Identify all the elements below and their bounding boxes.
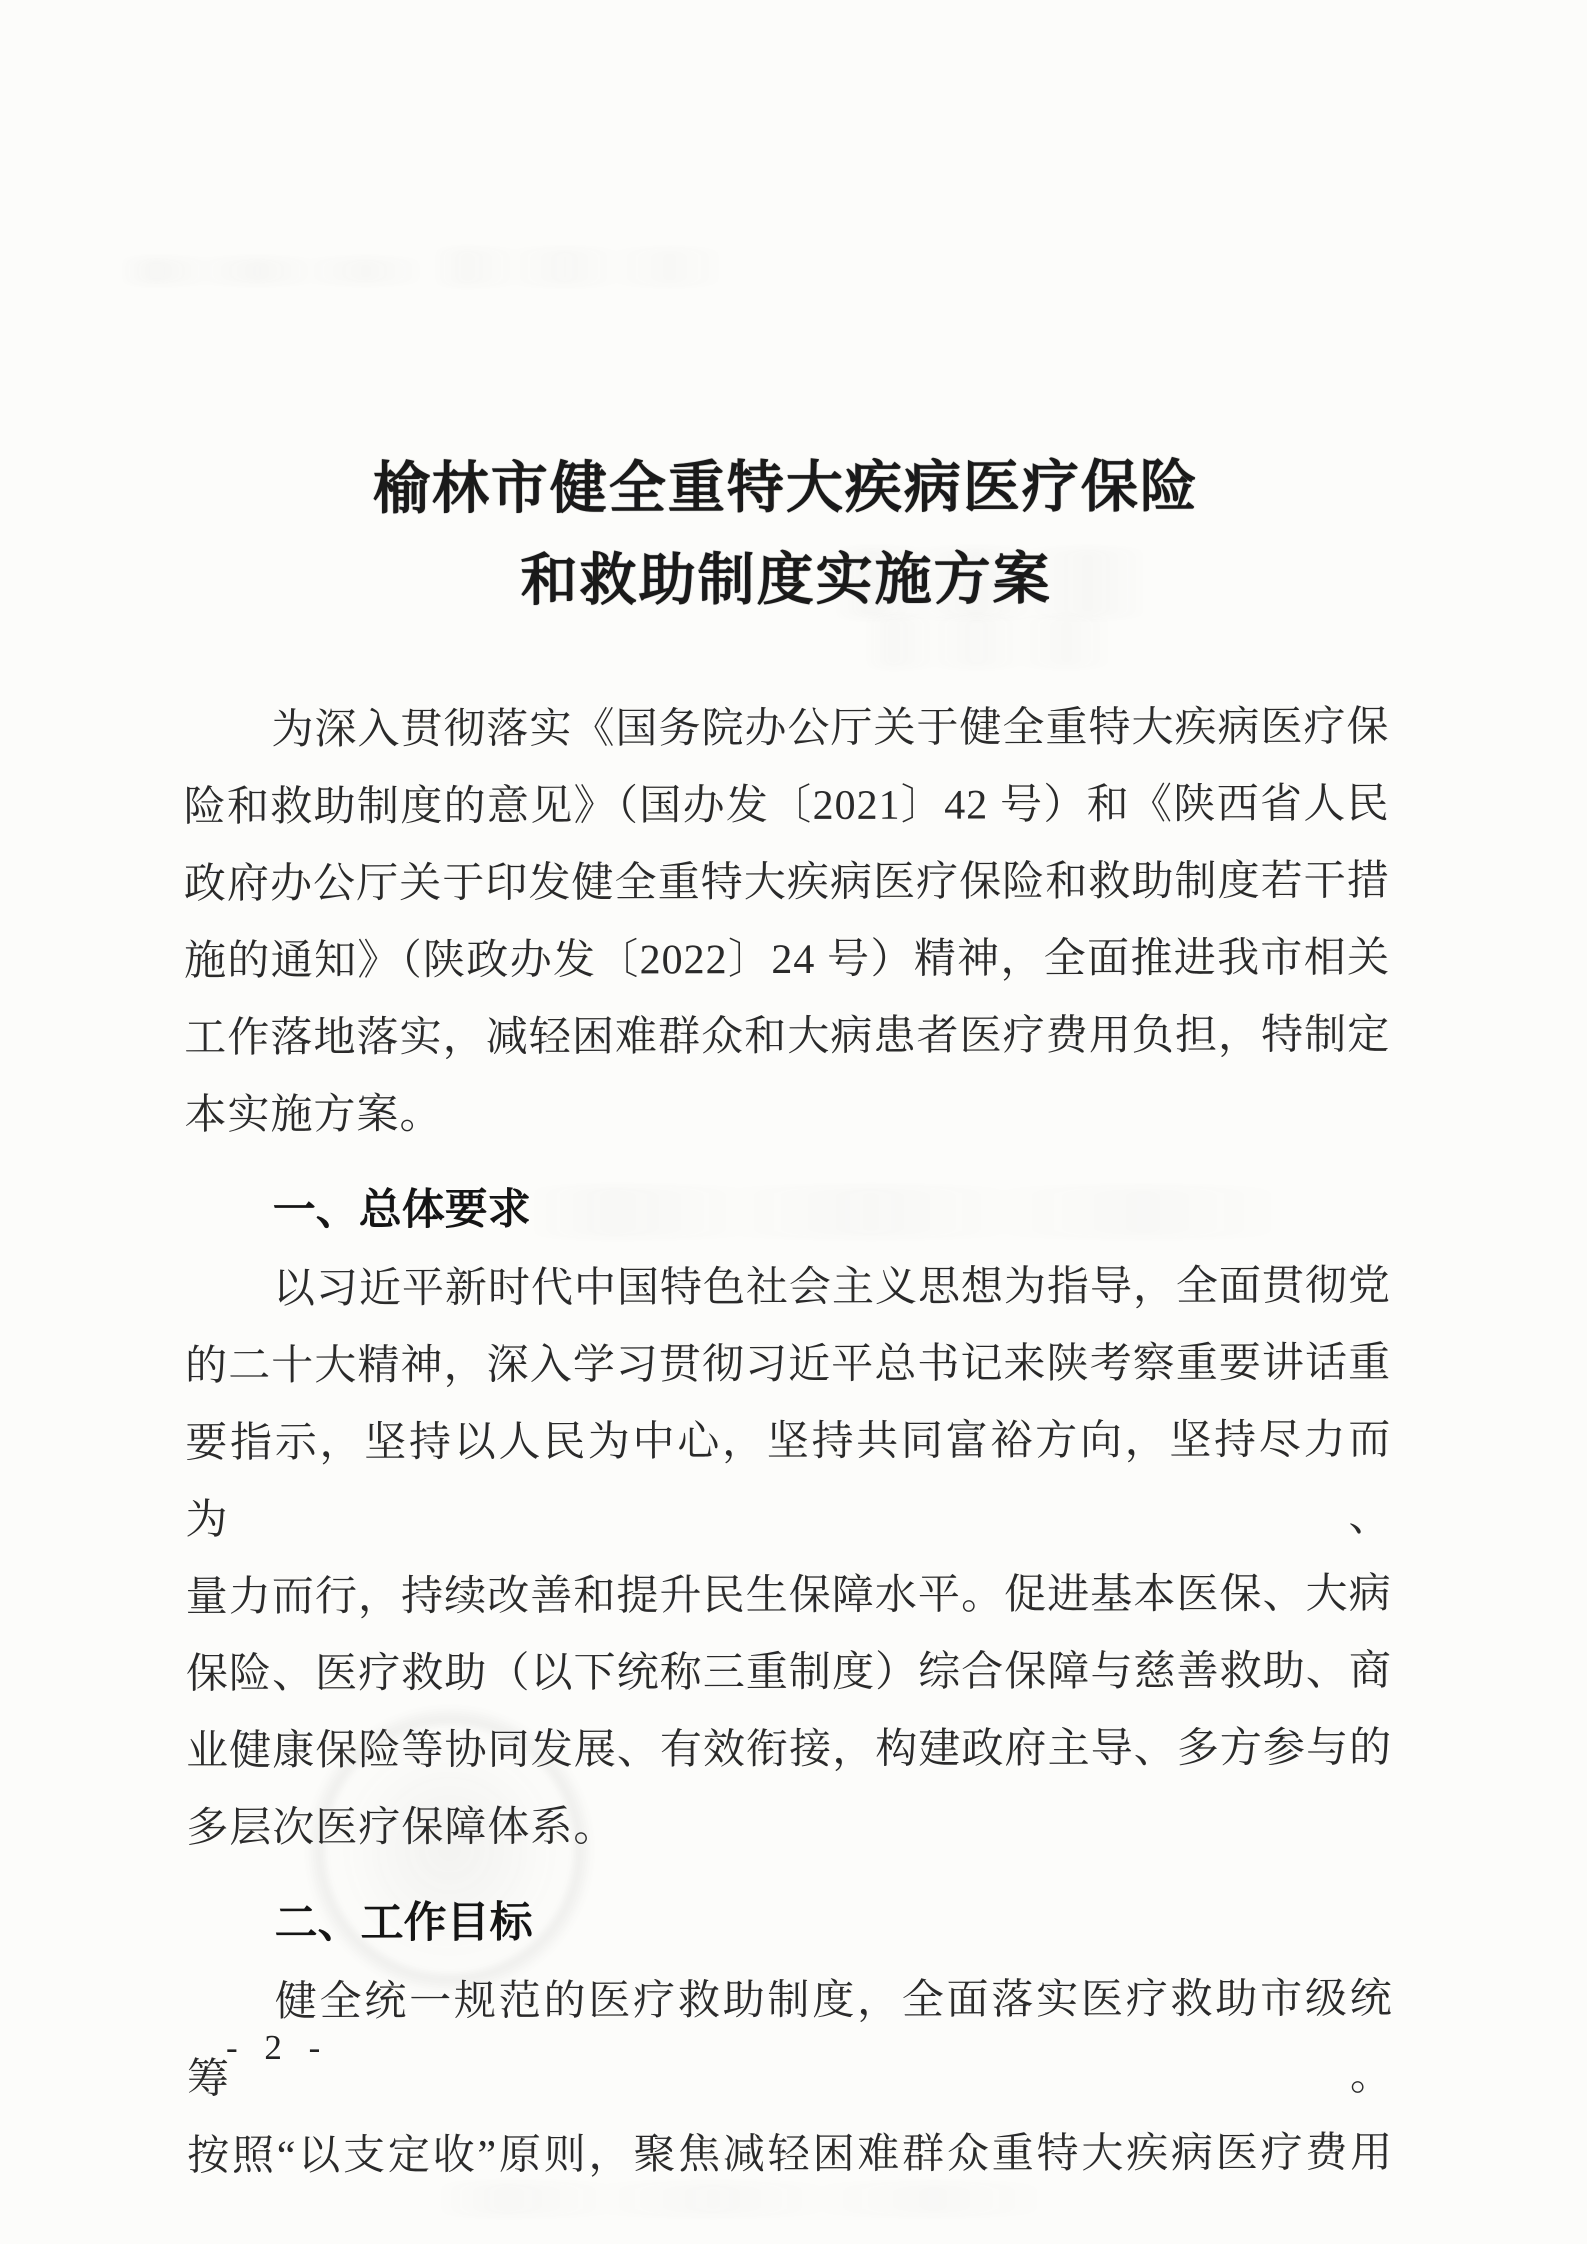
document-page: 榆林市健全重特大疾病医疗保险 和救助制度实施方案 为深入贯彻落实《国务院办公厅关… bbox=[0, 0, 1587, 2244]
text-line: 量力而行，持续改善和提升民生保障水平。促进基本医保、大病 bbox=[186, 1556, 1392, 1636]
text-line: 为深入贯彻落实《国务院办公厅关于健全重特大疾病医疗保 bbox=[183, 689, 1389, 769]
paragraph: 以习近平新时代中国特色社会主义思想为指导，全面贯彻党的二十大精神，深入学习贯彻习… bbox=[185, 1248, 1393, 1867]
text-line: 的二十大精神，深入学习贯彻习近平总书记来陕考察重要讲话重 bbox=[185, 1325, 1391, 1405]
text-line: 多层次医疗保障体系。 bbox=[186, 1787, 1392, 1867]
text-line: 施的通知》（陕政办发〔2022〕24 号）精神，全面推进我市相关 bbox=[184, 920, 1390, 1000]
text-line: 工作落地落实，减轻困难群众和大病患者医疗费用负担，特制定 bbox=[184, 997, 1390, 1077]
scan-artifact bbox=[430, 248, 730, 286]
section-heading: 一、总体要求 bbox=[185, 1169, 1391, 1249]
text-line: 按照“以支定收”原则，聚焦减轻困难群众重特大疾病医疗费用 bbox=[187, 2115, 1393, 2195]
text-line: 险和救助制度的意见》（国办发〔2021〕42 号）和《陕西省人民 bbox=[184, 766, 1390, 846]
text-line: 要指示，坚持以人民为中心，坚持共同富裕方向，坚持尽力而为、 bbox=[185, 1402, 1391, 1559]
document-content: 榆林市健全重特大疾病医疗保险 和救助制度实施方案 为深入贯彻落实《国务院办公厅关… bbox=[183, 441, 1394, 2195]
text-line: 业健康保险等协同发展、有效衔接，构建政府主导、多方参与的 bbox=[186, 1710, 1392, 1790]
text-line: 政府办公厅关于印发健全重特大疾病医疗保险和救助制度若干措 bbox=[184, 843, 1390, 923]
document-title: 榆林市健全重特大疾病医疗保险 和救助制度实施方案 bbox=[183, 441, 1389, 628]
scan-artifact bbox=[118, 258, 428, 284]
page-number: - 2 - bbox=[226, 2028, 329, 2068]
document-body: 为深入贯彻落实《国务院办公厅关于健全重特大疾病医疗保险和救助制度的意见》（国办发… bbox=[183, 689, 1393, 2195]
text-line: 保险、医疗救助（以下统称三重制度）综合保障与慈善救助、商 bbox=[186, 1633, 1392, 1713]
paragraph: 健全统一规范的医疗救助制度，全面落实医疗救助市级统筹。按照“以支定收”原则，聚焦… bbox=[187, 1961, 1394, 2195]
section-heading: 二、工作目标 bbox=[186, 1882, 1392, 1962]
text-line: 本实施方案。 bbox=[184, 1074, 1390, 1154]
text-line: 健全统一规范的医疗救助制度，全面落实医疗救助市级统筹。 bbox=[187, 1961, 1393, 2118]
paragraph: 为深入贯彻落实《国务院办公厅关于健全重特大疾病医疗保险和救助制度的意见》（国办发… bbox=[183, 689, 1390, 1154]
title-line-1: 榆林市健全重特大疾病医疗保险 bbox=[183, 441, 1389, 536]
text-line: 以习近平新时代中国特色社会主义思想为指导，全面贯彻党 bbox=[185, 1248, 1391, 1328]
title-line-2: 和救助制度实施方案 bbox=[183, 533, 1389, 628]
